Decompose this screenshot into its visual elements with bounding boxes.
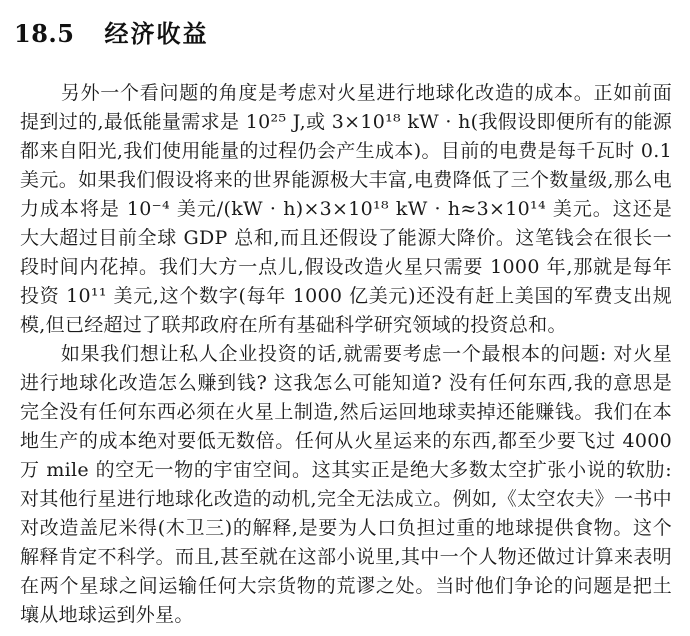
book-page: 18.5 经济收益 另外一个看问题的角度是考虑对火星进行地球化改造的成本。正如前…	[0, 0, 690, 636]
section-title: 经济收益	[104, 14, 208, 49]
body-text: 另外一个看问题的角度是考虑对火星进行地球化改造的成本。正如前面提到过的,最低能量…	[0, 79, 690, 630]
section-heading: 18.5 经济收益	[14, 14, 690, 49]
body-paragraph: 另外一个看问题的角度是考虑对火星进行地球化改造的成本。正如前面提到过的,最低能量…	[20, 79, 672, 340]
body-paragraph: 如果我们想让私人企业投资的话,就需要考虑一个最根本的问题: 对火星进行地球化改造…	[20, 340, 672, 630]
section-number: 18.5	[14, 19, 74, 48]
